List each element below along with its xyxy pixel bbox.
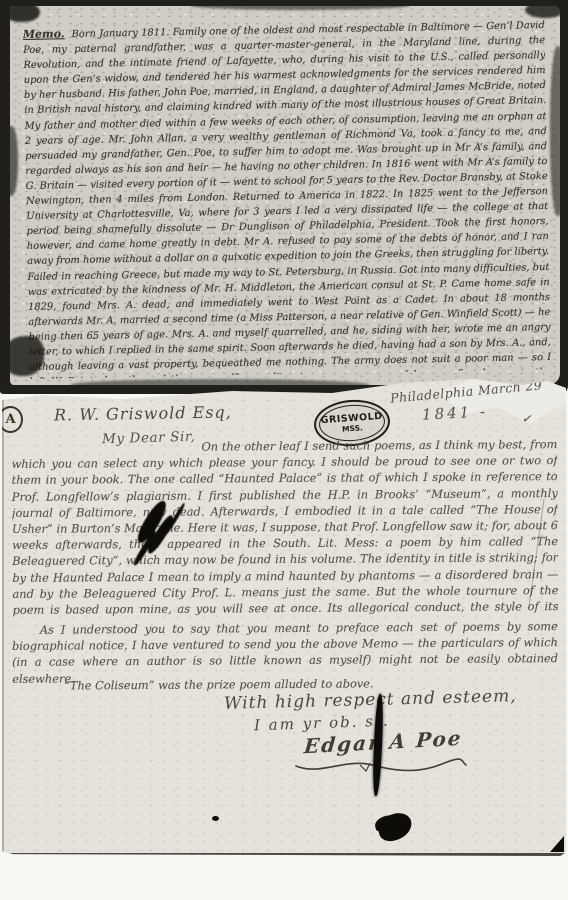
toner-blotch-top-right	[525, 6, 560, 18]
dateline-year: 1841 -	[422, 402, 489, 423]
archive-marker-circle-a: A	[0, 406, 23, 433]
toner-blotch-left	[10, 126, 18, 196]
corner-mark	[550, 836, 564, 852]
toner-blotch-bottom-edge	[70, 379, 370, 385]
stray-pen-mark: ✓	[521, 411, 534, 428]
ink-blot	[375, 810, 415, 844]
memo-text: Memo.Born January 1811. Family one of th…	[23, 17, 552, 379]
memo-page: Memo.Born January 1811. Family one of th…	[0, 0, 568, 394]
letter-paragraph: On the other leaf I send such poems, as …	[11, 436, 558, 620]
ink-dot	[212, 816, 219, 821]
letter-page: A R. W. Griswold Esq, My Dear Sir, Phila…	[2, 378, 566, 856]
memo-paper: Memo.Born January 1811. Family one of th…	[10, 6, 560, 385]
toner-blotch-top-left	[10, 6, 40, 22]
manuscript-scan: Memo.Born January 1811. Family one of th…	[0, 0, 568, 900]
toner-blotch-right	[550, 46, 560, 216]
recipient-line: R. W. Griswold Esq,	[54, 402, 232, 424]
toner-blotch-top-edge	[190, 6, 410, 10]
toner-blotch-bottom-left	[10, 336, 44, 376]
memo-heading: Memo.	[23, 27, 65, 41]
memo-body: Born January 1811. Family one of the old…	[23, 20, 551, 379]
